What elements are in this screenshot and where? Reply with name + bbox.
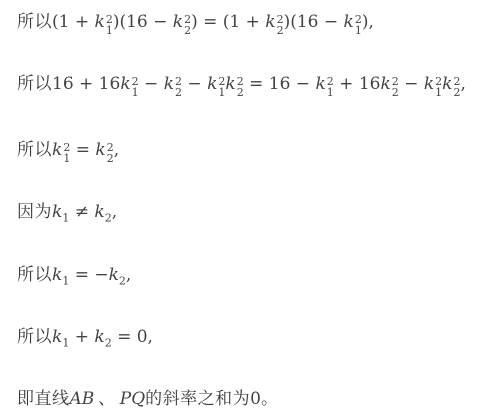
line-prefix: 所以 [17, 263, 52, 287]
math-expression: 16 + 16k21 − k22 − k21k22 = 16 − k21 + 1… [52, 72, 466, 96]
line-prefix: 所以 [17, 325, 52, 349]
equation-line-3: 所以 k21 = k22, [17, 138, 119, 162]
line-prefix: 所以 [17, 72, 52, 96]
line-prefix: 所以 [17, 10, 52, 34]
equation-line-1: 所以 (1 + k21)(16 − k22) = (1 + k22)(16 − … [17, 10, 374, 34]
math-expression: k1 = −k2, [52, 263, 131, 287]
equation-line-4: 因为 k1 ≠ k2, [17, 200, 117, 224]
equation-line-6: 所以 k1 + k2 = 0, [17, 325, 153, 349]
result-value: 0 [250, 387, 261, 411]
line-prefix: 所以 [17, 138, 52, 162]
line-prefix: 因为 [17, 200, 52, 224]
math-expression: (1 + k21)(16 − k22) = (1 + k22)(16 − k21… [52, 10, 374, 34]
conclusion-line: 即直线 AB 、 PQ 的斜率之和为 0 。 [17, 387, 279, 411]
equation-line-2: 所以 16 + 16k21 − k22 − k21k22 = 16 − k21 … [17, 72, 466, 96]
line-pq: PQ [120, 387, 145, 411]
line-prefix: 即直线 [17, 387, 70, 411]
line-suffix: 的斜率之和为 [145, 387, 250, 411]
math-expression: k1 ≠ k2, [52, 200, 117, 224]
equation-line-5: 所以 k1 = −k2, [17, 263, 131, 287]
separator: 、 [98, 387, 116, 411]
line-ab: AB [70, 387, 95, 411]
math-expression: k21 = k22, [52, 138, 119, 162]
period: 。 [261, 387, 279, 411]
math-expression: k1 + k2 = 0, [52, 325, 153, 349]
